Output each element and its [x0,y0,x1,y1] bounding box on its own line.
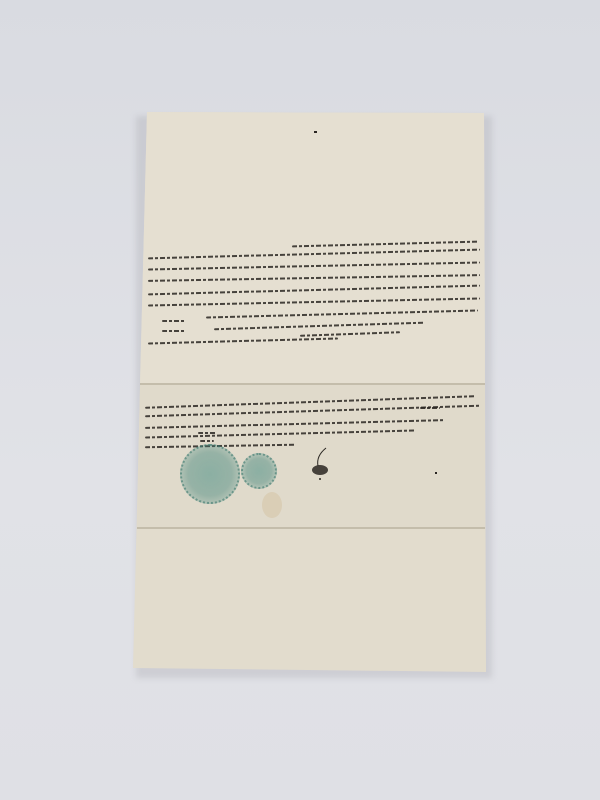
paper-stain [262,492,282,518]
seal-caption [198,432,216,434]
large-round-seal [180,444,240,504]
text-line [420,407,440,409]
small-round-seal [241,453,277,489]
seal-caption [200,440,214,442]
document-paper [0,0,600,800]
signature-mark [306,446,336,491]
photo-scene [0,0,600,800]
fold-line-lower [137,527,485,529]
ink-speck [435,472,437,474]
fold-line-upper [140,383,485,385]
margin-note-line [162,320,186,322]
top-ink-dot [314,131,317,133]
margin-note-line [162,330,186,332]
